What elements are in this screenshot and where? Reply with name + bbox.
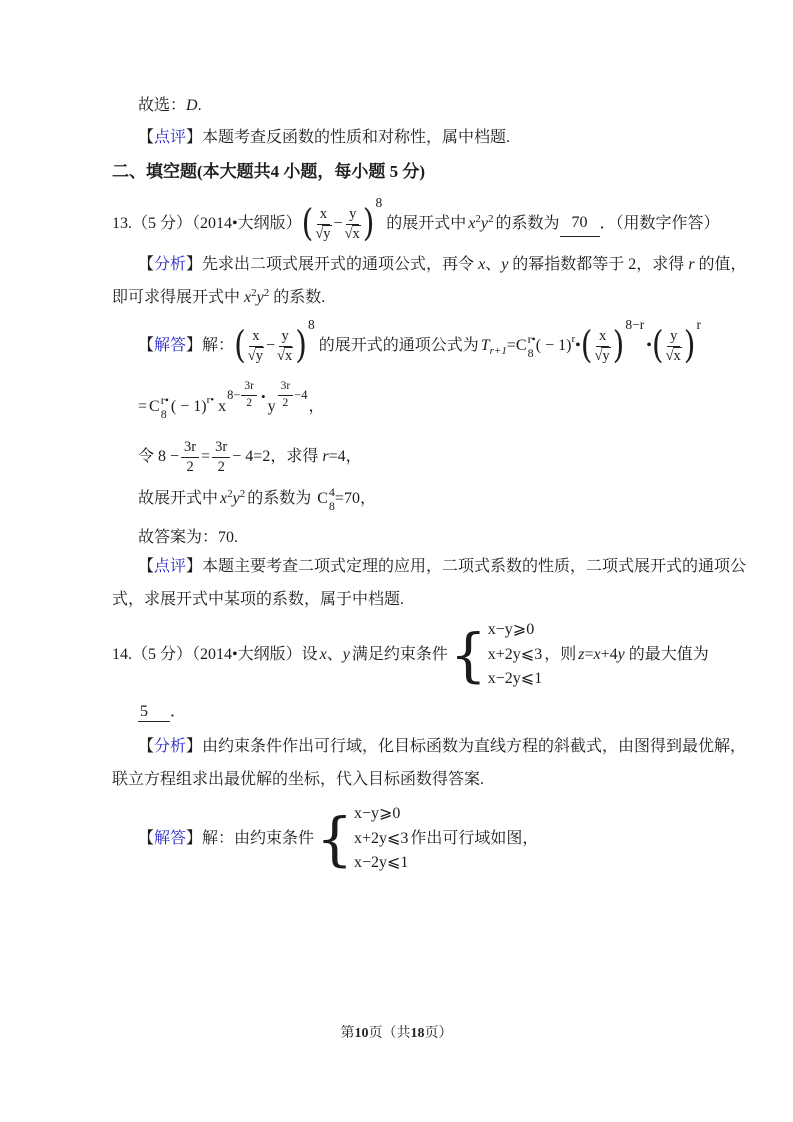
var-y: y bbox=[233, 490, 240, 507]
left-brace: { bbox=[450, 629, 487, 681]
text-run: =70， bbox=[335, 487, 376, 510]
numerator: x bbox=[596, 328, 609, 347]
exponent-8-r: 8−r bbox=[625, 315, 644, 335]
text-run: 解：由约束条件 bbox=[202, 827, 314, 850]
equals-sign: = bbox=[584, 643, 593, 666]
exp-fraction-3r-2: 3r2 bbox=[241, 380, 257, 409]
base-y: y bbox=[268, 395, 276, 418]
denominator: √x bbox=[345, 225, 361, 243]
text-run: 的系数. bbox=[273, 289, 325, 306]
constraint-row-2: x+2y⩽3 bbox=[488, 643, 542, 668]
neg-one: ( − 1) bbox=[171, 395, 207, 418]
q13-solve-line4: 故展开式中 x2y2 的系数为 C 48 =70， bbox=[138, 480, 376, 518]
fraction-3r-2: 3r2 bbox=[181, 439, 199, 475]
radicand: x bbox=[352, 225, 361, 242]
exponent-group-y: 3r2 −4 bbox=[277, 380, 308, 409]
radicand: y bbox=[601, 347, 610, 364]
x2y2-term: x2y2 bbox=[468, 212, 493, 235]
text-run: 联立方程组求出最优解的坐标，代入目标函数得答案. bbox=[112, 771, 484, 788]
text-run: 满足约束条件 bbox=[352, 643, 448, 666]
constraint-rows: x−y⩾0 x+2y⩽3 x−2y⩽1 bbox=[354, 802, 408, 876]
footer-text: 页） bbox=[425, 1026, 453, 1041]
left-brace: { bbox=[316, 813, 353, 865]
radicand: y bbox=[255, 347, 264, 364]
denominator: 2 bbox=[218, 458, 225, 476]
x2y2-term: x2y2 bbox=[220, 487, 245, 510]
analysis-tag: 分析 bbox=[154, 256, 186, 273]
exp-2: 2 bbox=[251, 287, 257, 299]
answer-blank-5: 5 bbox=[138, 703, 170, 722]
var-x: x bbox=[320, 643, 327, 666]
bracket: 】 bbox=[186, 827, 202, 850]
fraction-x-over-sqrt-y: x √y bbox=[594, 328, 610, 364]
C-supsub: r•8 bbox=[161, 394, 169, 420]
fraction-y-over-sqrt-x: y √x bbox=[345, 206, 361, 242]
q13-meta: （5 分）（2014•大纲版） bbox=[132, 212, 302, 235]
text-run: 的值， bbox=[699, 256, 747, 273]
fraction-x-over-sqrt-y: x √y bbox=[315, 206, 331, 242]
bracket: 】 bbox=[186, 558, 202, 575]
letter-C: C bbox=[317, 487, 328, 510]
exponent-8: 8 bbox=[376, 193, 383, 213]
numerator: 3r bbox=[212, 439, 230, 458]
text-run: 的系数为 bbox=[496, 212, 560, 235]
right-paren: ) bbox=[613, 327, 625, 365]
var-T: T bbox=[481, 337, 490, 354]
page-footer: 第10页（共18页） bbox=[0, 1022, 793, 1042]
exp-2: 2 bbox=[240, 488, 246, 500]
numerator: 3r bbox=[278, 380, 294, 395]
bracket: 】 bbox=[186, 129, 202, 146]
equals-sign: = bbox=[201, 445, 210, 468]
exp-2: 2 bbox=[488, 213, 494, 225]
constraint-rows: x−y⩾0 x+2y⩽3 x−2y⩽1 bbox=[488, 618, 542, 692]
bracket: 【 bbox=[138, 827, 154, 850]
text-run: 、 bbox=[485, 256, 501, 273]
x2y2-term: x2y2 bbox=[244, 289, 269, 306]
left-paren: ( bbox=[234, 327, 246, 365]
solve-tag: 解答 bbox=[154, 334, 186, 357]
footer-text: 第 bbox=[341, 1026, 355, 1041]
numerator: x bbox=[317, 206, 330, 225]
review-text: 本题主要考查二项式定理的应用，二项式系数的性质，二项式展开式的通项公 bbox=[202, 558, 746, 575]
q14-meta: （5 分）（2014•大纲版） bbox=[132, 643, 302, 666]
numerator: y bbox=[279, 328, 292, 347]
q14-number: 14. bbox=[112, 643, 132, 666]
q13-answer-line: 故答案为：70. bbox=[138, 526, 238, 549]
text-run: 的系数为 bbox=[247, 487, 311, 510]
text-run: 的展开式中 bbox=[386, 212, 466, 235]
constraint-row-1: x−y⩾0 bbox=[354, 802, 408, 827]
denominator: √x bbox=[666, 347, 682, 365]
answer-blank-70: 70 bbox=[560, 211, 600, 236]
q14-solve-line: 【解答】 解：由约束条件 { x−y⩾0 x+2y⩽3 x−2y⩽1 作出可行域… bbox=[138, 797, 538, 881]
right-paren: ) bbox=[295, 327, 307, 365]
document-page: 故选：D. 【点评】本题考查反函数的性质和对称性，属中档题. 二、填空题(本大题… bbox=[0, 0, 793, 1122]
C-supsub: r•8 bbox=[528, 333, 536, 359]
plus-4: +4 bbox=[601, 643, 618, 666]
sup-r: r bbox=[571, 332, 575, 348]
exponent-8: 8 bbox=[308, 315, 315, 335]
q14-question-line: 14. （5 分）（2014•大纲版） 设 x、y 满足约束条件 { x−y⩾0… bbox=[112, 612, 709, 698]
text-run: 设 bbox=[302, 643, 318, 666]
q13-review-line2: 式，求展开式中某项的系数，属于中档题. bbox=[112, 588, 404, 611]
fraction-x-over-sqrt-y: x √y bbox=[248, 328, 264, 364]
analysis-tag: 分析 bbox=[154, 738, 186, 755]
radicand: x bbox=[673, 347, 682, 364]
left-paren: ( bbox=[652, 327, 664, 365]
base-x: x bbox=[218, 395, 226, 418]
constraint-row-2: x+2y⩽3 bbox=[354, 827, 408, 852]
q14-analysis-line1: 【分析】由约束条件作出可行域，化目标函数为直线方程的斜截式，由图得到最优解， bbox=[138, 735, 746, 758]
answer-choice-line: 故选：D. bbox=[138, 94, 202, 117]
solve-tag: 解答 bbox=[154, 827, 186, 850]
text-run: 先求出二项式展开式的通项公式，再令 bbox=[202, 256, 474, 273]
subscript-r1: r+1 bbox=[490, 345, 507, 357]
right-paren: ) bbox=[363, 205, 375, 243]
var-y: y bbox=[618, 643, 625, 666]
var-r: r bbox=[688, 256, 694, 273]
denominator: √y bbox=[248, 347, 264, 365]
numerator: 3r bbox=[181, 439, 199, 458]
q13-analysis-line2: 即可求得展开式中 x2y2 的系数. bbox=[112, 286, 325, 309]
numerator: x bbox=[249, 328, 262, 347]
text-run: 的展开式的通项公式为 bbox=[319, 334, 479, 357]
comma: ， bbox=[308, 395, 324, 418]
bracket: 【 bbox=[138, 129, 154, 146]
bracket: 【 bbox=[138, 334, 154, 357]
q13-solve-line2: = C r•8 ( − 1) r• x 8− 3r2 • y 3r2 −4 ， bbox=[138, 383, 325, 431]
radicand: x bbox=[284, 347, 293, 364]
term-T: Tr+1 bbox=[481, 334, 507, 357]
letter-C: C bbox=[516, 337, 527, 354]
exp-8-minus: 8− bbox=[227, 386, 240, 404]
exp-2: 2 bbox=[227, 488, 233, 500]
text-run: 由约束条件作出可行域，化目标函数为直线方程的斜截式，由图得到最优解， bbox=[202, 738, 746, 755]
denominator: 2 bbox=[186, 458, 193, 476]
text-run: 故答案为：70. bbox=[138, 529, 238, 546]
q13-solve-line3: 令 8 − 3r2 = 3r2 − 4=2，求得 r =4， bbox=[138, 436, 362, 478]
bracket: 】 bbox=[186, 738, 202, 755]
section-header: 二、填空题(本大题共4 小题，每小题 5 分) bbox=[112, 160, 425, 185]
section-title: 二、填空题(本大题共4 小题，每小题 5 分) bbox=[112, 162, 425, 181]
text-run: 的最大值为 bbox=[629, 643, 709, 666]
review-text: 本题考查反函数的性质和对称性，属中档题. bbox=[202, 129, 510, 146]
fraction-y-over-sqrt-x: y √x bbox=[277, 328, 293, 364]
var-x: x bbox=[594, 643, 601, 666]
text-run: =4， bbox=[329, 445, 362, 468]
var-y: y bbox=[501, 256, 508, 273]
q13-solve-line1: 【解答】解： ( x √y − y √x ) 8 的展开式的通项公式为 Tr+1… bbox=[138, 317, 701, 375]
sub-8: 8 bbox=[161, 408, 169, 420]
constraint-row-3: x−2y⩽1 bbox=[488, 667, 542, 692]
bracket: 【 bbox=[138, 256, 154, 273]
bracket: 】 bbox=[186, 256, 202, 273]
binom-C: C bbox=[516, 334, 527, 357]
text-run: 令 bbox=[138, 445, 154, 468]
review-tag: 点评 bbox=[154, 129, 186, 146]
sub-8: 8 bbox=[528, 347, 536, 359]
text-run: ．（用数字作答） bbox=[600, 212, 720, 235]
bracket: 【 bbox=[138, 558, 154, 575]
text-run: ，则 bbox=[544, 643, 576, 666]
sup-r-dot: r• bbox=[207, 393, 215, 409]
exponent-group-x: 8− 3r2 bbox=[227, 380, 258, 409]
left-paren: ( bbox=[302, 205, 314, 243]
text-run: 8 − bbox=[158, 445, 179, 468]
text-run: − 4=2，求得 bbox=[232, 445, 318, 468]
q13-question-line: 13. （5 分）（2014•大纲版） ( x √y − y √x ) 8 的展… bbox=[112, 196, 720, 252]
right-paren: ) bbox=[684, 327, 696, 365]
constraint-system: { x−y⩾0 x+2y⩽3 x−2y⩽1 bbox=[316, 802, 408, 876]
denominator: √y bbox=[315, 225, 331, 243]
text-run: 即可求得展开式中 bbox=[112, 289, 240, 306]
exp-2: 2 bbox=[475, 213, 481, 225]
text-run: 、 bbox=[327, 643, 343, 666]
text-run: 解： bbox=[202, 334, 234, 357]
equals-sign: = bbox=[138, 395, 147, 418]
minus-sign: − bbox=[266, 334, 275, 357]
exp-fraction-3r-2: 3r2 bbox=[278, 380, 294, 409]
radicand: y bbox=[322, 225, 331, 242]
constraint-system: { x−y⩾0 x+2y⩽3 x−2y⩽1 bbox=[450, 618, 542, 692]
fraction-3r-2: 3r2 bbox=[212, 439, 230, 475]
var-y: y bbox=[481, 215, 488, 232]
text-run: 故展开式中 bbox=[138, 487, 218, 510]
text-run: . bbox=[198, 97, 202, 114]
review-line-q12: 【点评】本题考查反函数的性质和对称性，属中档题. bbox=[138, 126, 510, 149]
fraction-y-over-sqrt-x: y √x bbox=[666, 328, 682, 364]
left-paren: ( bbox=[581, 327, 593, 365]
footer-text: 页（共 bbox=[369, 1026, 411, 1041]
numerator: y bbox=[346, 206, 359, 225]
text-run: 故选： bbox=[138, 97, 186, 114]
neg-one: ( − 1) bbox=[536, 334, 572, 357]
q14-analysis-line2: 联立方程组求出最优解的坐标，代入目标函数得答案. bbox=[112, 768, 484, 791]
equals-sign: = bbox=[507, 334, 516, 357]
q13-analysis-line1: 【分析】先求出二项式展开式的通项公式，再令 x、y 的幂指数都等于 2，求得 r… bbox=[138, 253, 747, 276]
constraint-row-3: x−2y⩽1 bbox=[354, 851, 408, 876]
numerator: 3r bbox=[241, 380, 257, 395]
review-tag: 点评 bbox=[154, 558, 186, 575]
sup-r: r• bbox=[528, 333, 536, 345]
denominator: √y bbox=[594, 347, 610, 365]
review-text: 式，求展开式中某项的系数，属于中档题. bbox=[112, 591, 404, 608]
bracket: 【 bbox=[138, 738, 154, 755]
minus-sign: − bbox=[334, 212, 343, 235]
choice-letter: D bbox=[186, 97, 198, 114]
text-run: 的幂指数都等于 2，求得 bbox=[512, 256, 684, 273]
q13-number: 13. bbox=[112, 212, 132, 235]
text-run: 作出可行域如图， bbox=[410, 827, 538, 850]
exp-minus-4: −4 bbox=[294, 386, 307, 404]
dot-operator: • bbox=[261, 388, 266, 407]
numerator: y bbox=[667, 328, 680, 347]
exp-2: 2 bbox=[264, 287, 270, 299]
constraint-row-1: x−y⩾0 bbox=[488, 618, 542, 643]
var-y: y bbox=[257, 289, 264, 306]
period: ． bbox=[170, 703, 186, 720]
sup-r: r• bbox=[161, 394, 169, 406]
total-pages: 18 bbox=[411, 1026, 425, 1041]
page-number: 10 bbox=[355, 1026, 369, 1041]
exponent-r: r bbox=[697, 315, 702, 335]
denominator: 2 bbox=[283, 396, 289, 410]
letter-C: C bbox=[149, 395, 160, 418]
q13-review-line1: 【点评】本题主要考查二项式定理的应用，二项式系数的性质，二项式展开式的通项公 bbox=[138, 555, 746, 578]
var-y: y bbox=[343, 643, 350, 666]
q14-answer-blank-line: 5． bbox=[138, 700, 186, 723]
bracket: 】 bbox=[186, 334, 202, 357]
denominator: √x bbox=[277, 347, 293, 365]
denominator: 2 bbox=[246, 396, 252, 410]
